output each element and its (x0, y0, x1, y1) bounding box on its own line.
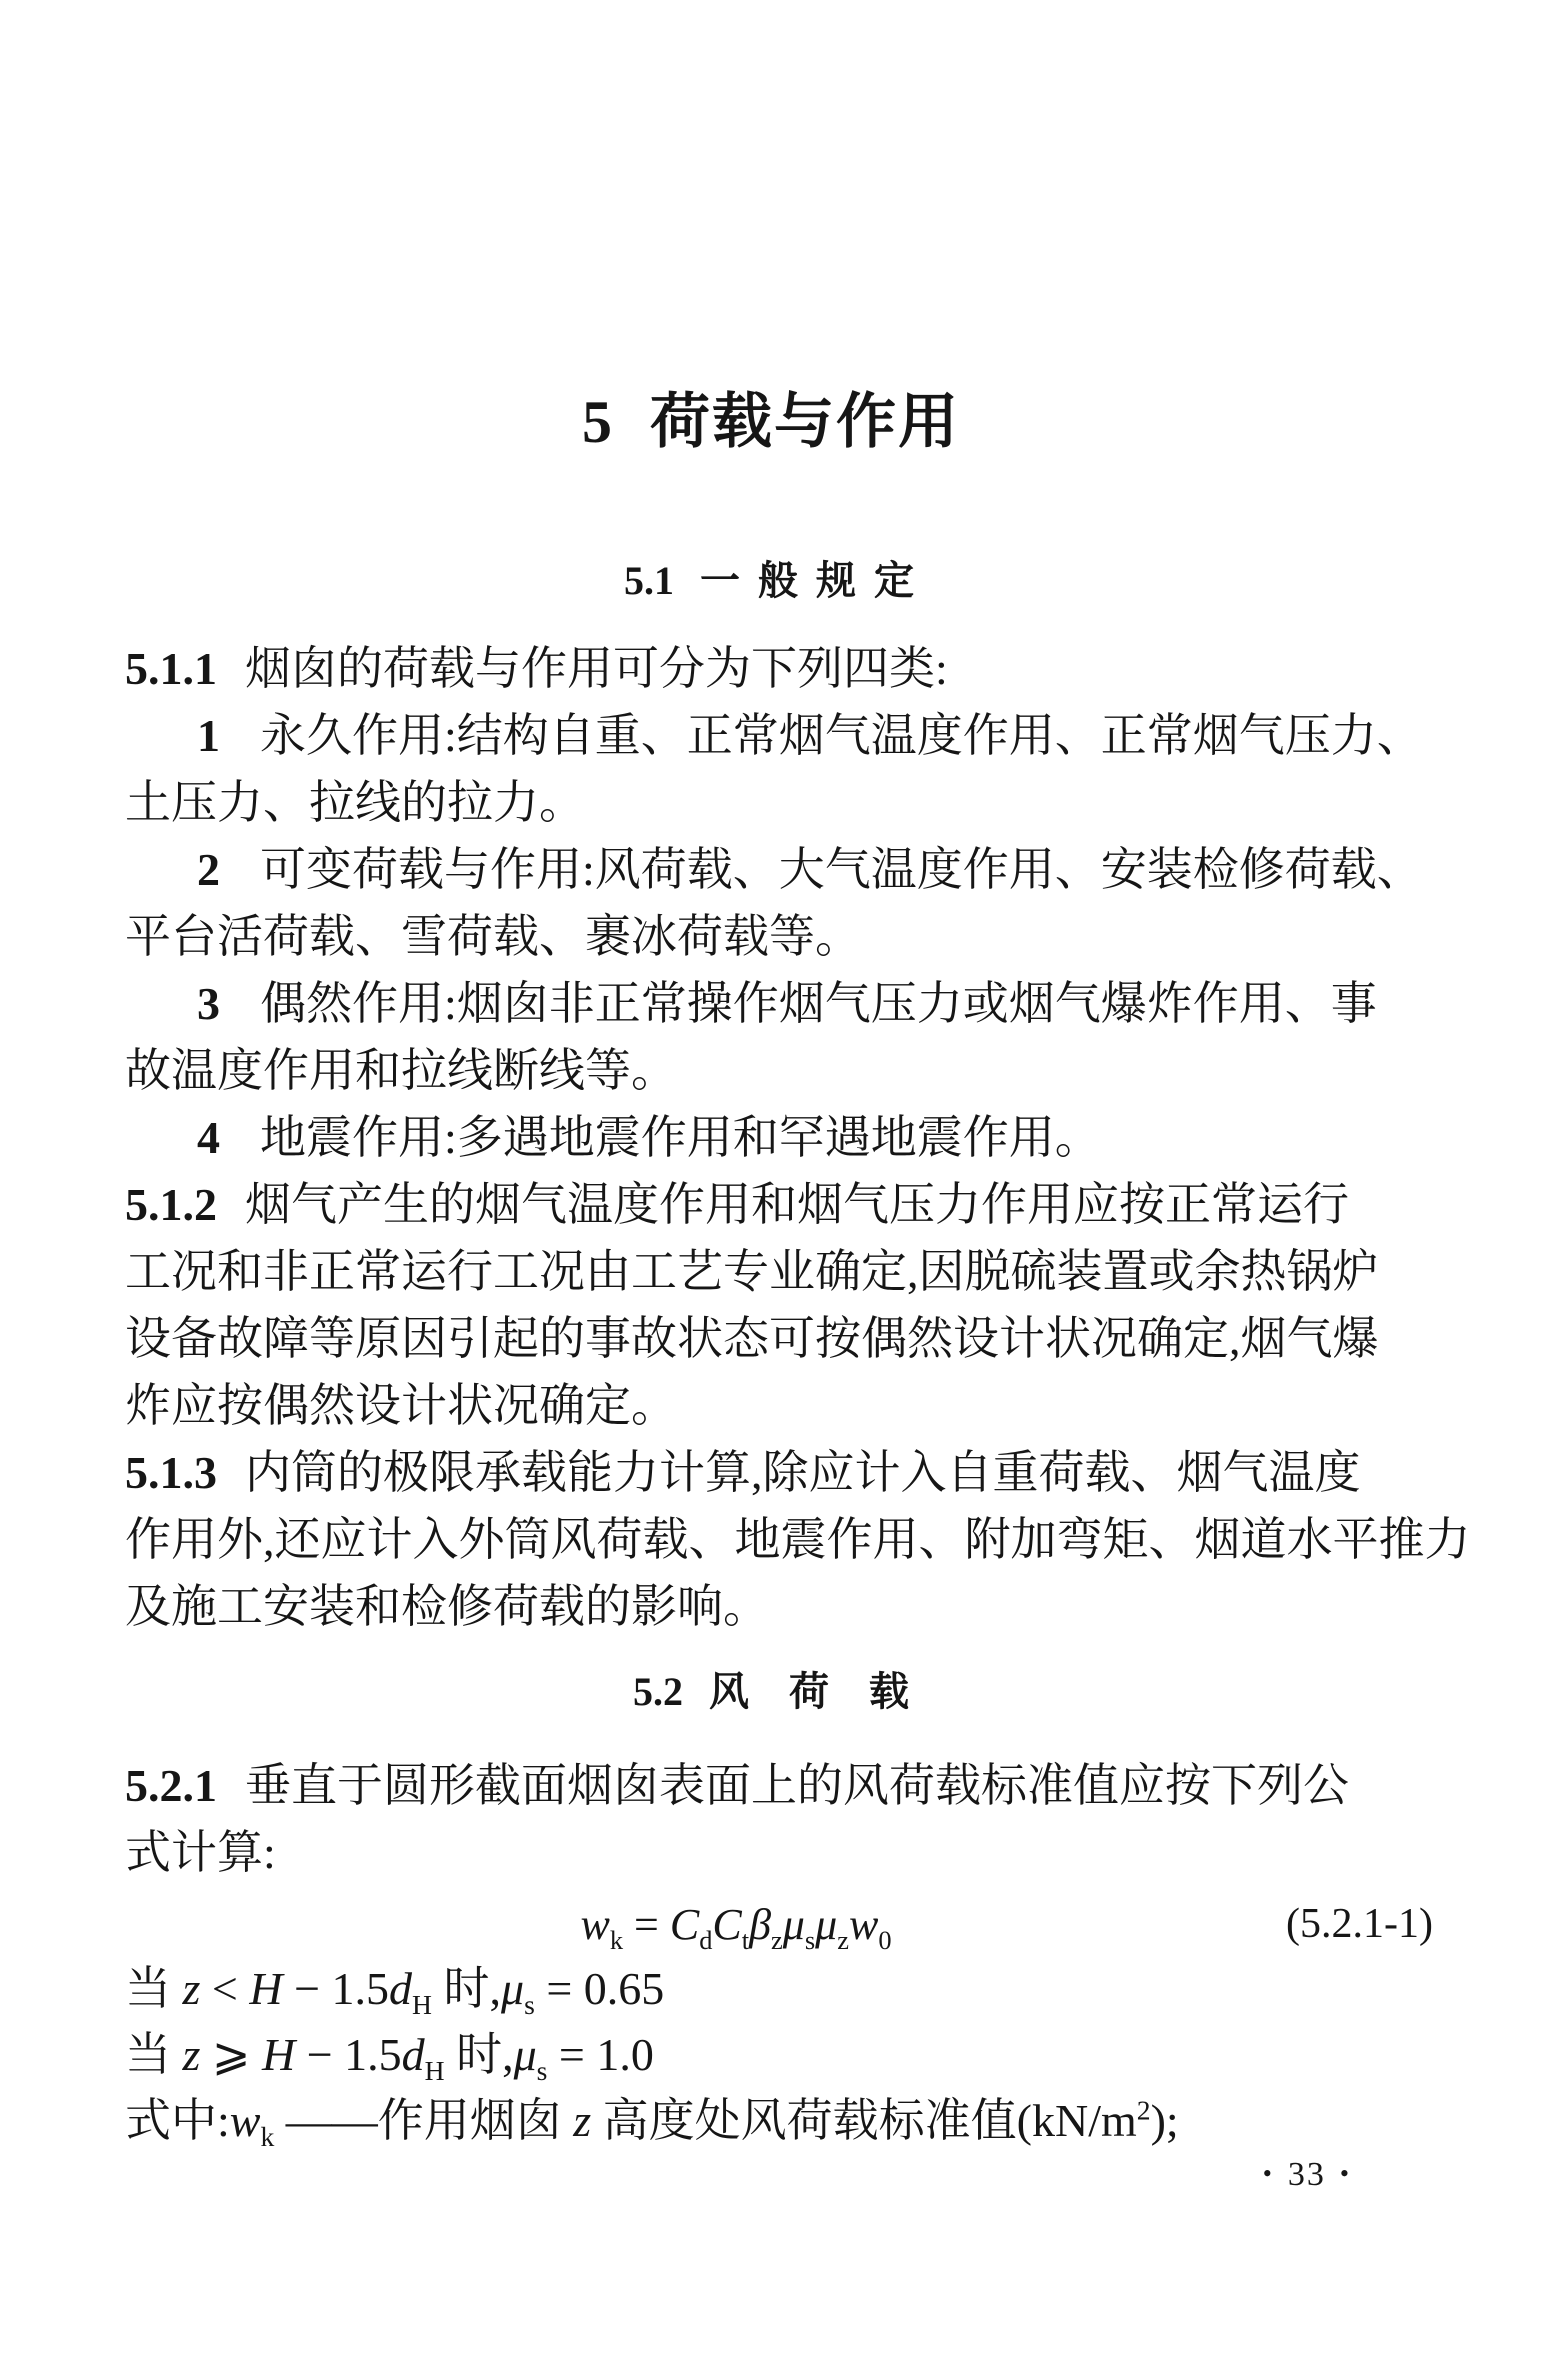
item-number: 4 (197, 1112, 220, 1163)
section-number: 5.2 (633, 1669, 683, 1714)
list-item-1: 1永久作用:结构自重、正常烟气温度作用、正常烟气压力、 (125, 702, 1437, 769)
section-number: 5.1 (624, 558, 674, 603)
clause-text: 式计算: (125, 1827, 276, 1878)
section-5-2-body: 5.2.1垂直于圆形截面烟囱表面上的风荷载标准值应按下列公 式计算: (125, 1752, 1437, 1886)
item-text: 土压力、拉线的拉力。 (125, 777, 585, 828)
item-number: 1 (197, 710, 220, 761)
formula-row: wk = CdCtβzμsμzw0 (5.2.1-1) (125, 1888, 1437, 1961)
clause-5-1-2-cont: 炸应按偶然设计状况确定。 (125, 1372, 1437, 1439)
item-text: 故温度作用和拉线断线等。 (125, 1045, 677, 1096)
equation-number: (5.2.1-1) (1286, 1888, 1433, 1961)
where-clause-line: 式中:wk ——作用烟囱 z 高度处风荷载标准值(kN/m2); (125, 2088, 1437, 2154)
clause-5-1-3-cont: 作用外,还应计入外筒风荷载、地震作用、附加弯矩、烟道水平推力 (125, 1506, 1437, 1573)
page-number-dot-right: • (1340, 2159, 1351, 2188)
item-number: 3 (197, 978, 220, 1029)
item-number: 2 (197, 844, 220, 895)
condition-line-1: 当 z < H − 1.5dH 时,μs = 0.65 (125, 1956, 1437, 2022)
condition-line-2: 当 z ⩾ H − 1.5dH 时,μs = 1.0 (125, 2022, 1437, 2088)
clause-label: 5.1.3 (125, 1447, 217, 1498)
clause-text: 及施工安装和检修荷载的影响。 (125, 1581, 769, 1632)
section-heading-5-1: 5.1一 般 规 定 (0, 549, 1542, 606)
clause-5-1-3-line: 5.1.3内筒的极限承载能力计算,除应计入自重荷载、烟气温度 (125, 1439, 1437, 1506)
item-text: 可变荷载与作用:风荷载、大气温度作用、安装检修荷载、 (260, 844, 1423, 895)
list-item-1-cont: 土压力、拉线的拉力。 (125, 769, 1437, 836)
clause-label: 5.2.1 (125, 1760, 217, 1811)
list-item-4: 4地震作用:多遇地震作用和罕遇地震作用。 (125, 1104, 1437, 1171)
clause-label: 5.1.2 (125, 1179, 217, 1230)
formula-conditions: 当 z < H − 1.5dH 时,μs = 0.65 当 z ⩾ H − 1.… (125, 1956, 1437, 2154)
clause-5-1-2-cont: 设备故障等原因引起的事故状态可按偶然设计状况确定,烟气爆 (125, 1305, 1437, 1372)
chapter-title-text: 荷载与作用 (650, 389, 960, 455)
clause-text: 工况和非正常运行工况由工艺专业确定,因脱硫装置或余热锅炉 (125, 1246, 1379, 1297)
chapter-title: 5荷载与作用 (0, 374, 1542, 460)
chapter-number: 5 (582, 389, 614, 455)
item-text: 平台活荷载、雪荷载、裹冰荷载等。 (125, 911, 861, 962)
clause-5-1-2-cont: 工况和非正常运行工况由工艺专业确定,因脱硫装置或余热锅炉 (125, 1238, 1437, 1305)
list-item-3: 3偶然作用:烟囱非正常操作烟气压力或烟气爆炸作用、事 (125, 970, 1437, 1037)
page-number-dot-left: • (1263, 2159, 1274, 2188)
list-item-2: 2可变荷载与作用:风荷载、大气温度作用、安装检修荷载、 (125, 836, 1437, 903)
clause-text: 作用外,还应计入外筒风荷载、地震作用、附加弯矩、烟道水平推力 (125, 1514, 1471, 1565)
clause-5-2-1-line: 5.2.1垂直于圆形截面烟囱表面上的风荷载标准值应按下列公 (125, 1752, 1437, 1819)
clause-text: 烟气产生的烟气温度作用和烟气压力作用应按正常运行 (245, 1179, 1349, 1230)
item-text: 偶然作用:烟囱非正常操作烟气压力或烟气爆炸作用、事 (260, 978, 1377, 1029)
page-number: •33• (1249, 2156, 1365, 2194)
section-title: 一 般 规 定 (700, 558, 918, 603)
section-title: 风 荷 载 (709, 1669, 909, 1714)
list-item-3-cont: 故温度作用和拉线断线等。 (125, 1037, 1437, 1104)
clause-text: 垂直于圆形截面烟囱表面上的风荷载标准值应按下列公 (245, 1760, 1349, 1811)
clause-5-1-1-line: 5.1.1烟囱的荷载与作用可分为下列四类: (125, 635, 1437, 702)
clause-5-1-3-cont: 及施工安装和检修荷载的影响。 (125, 1573, 1437, 1640)
wind-load-formula: wk = CdCtβzμsμzw0 (580, 1888, 891, 1961)
item-text: 地震作用:多遇地震作用和罕遇地震作用。 (260, 1112, 1101, 1163)
page-number-value: 33 (1288, 2156, 1326, 2193)
list-item-2-cont: 平台活荷载、雪荷载、裹冰荷载等。 (125, 903, 1437, 970)
section-5-1-body: 5.1.1烟囱的荷载与作用可分为下列四类: 1永久作用:结构自重、正常烟气温度作… (125, 635, 1437, 1640)
clause-text: 设备故障等原因引起的事故状态可按偶然设计状况确定,烟气爆 (125, 1313, 1379, 1364)
item-text: 永久作用:结构自重、正常烟气温度作用、正常烟气压力、 (260, 710, 1423, 761)
clause-5-1-2-line: 5.1.2烟气产生的烟气温度作用和烟气压力作用应按正常运行 (125, 1171, 1437, 1238)
clause-text: 炸应按偶然设计状况确定。 (125, 1380, 677, 1431)
clause-text: 烟囱的荷载与作用可分为下列四类: (245, 643, 948, 694)
clause-5-2-1-cont: 式计算: (125, 1819, 1437, 1886)
clause-text: 内筒的极限承载能力计算,除应计入自重荷载、烟气温度 (245, 1447, 1361, 1498)
clause-label: 5.1.1 (125, 643, 217, 694)
section-heading-5-2: 5.2风 荷 载 (0, 1660, 1542, 1717)
document-page: 5荷载与作用 5.1一 般 规 定 5.1.1烟囱的荷载与作用可分为下列四类: … (0, 0, 1542, 2371)
